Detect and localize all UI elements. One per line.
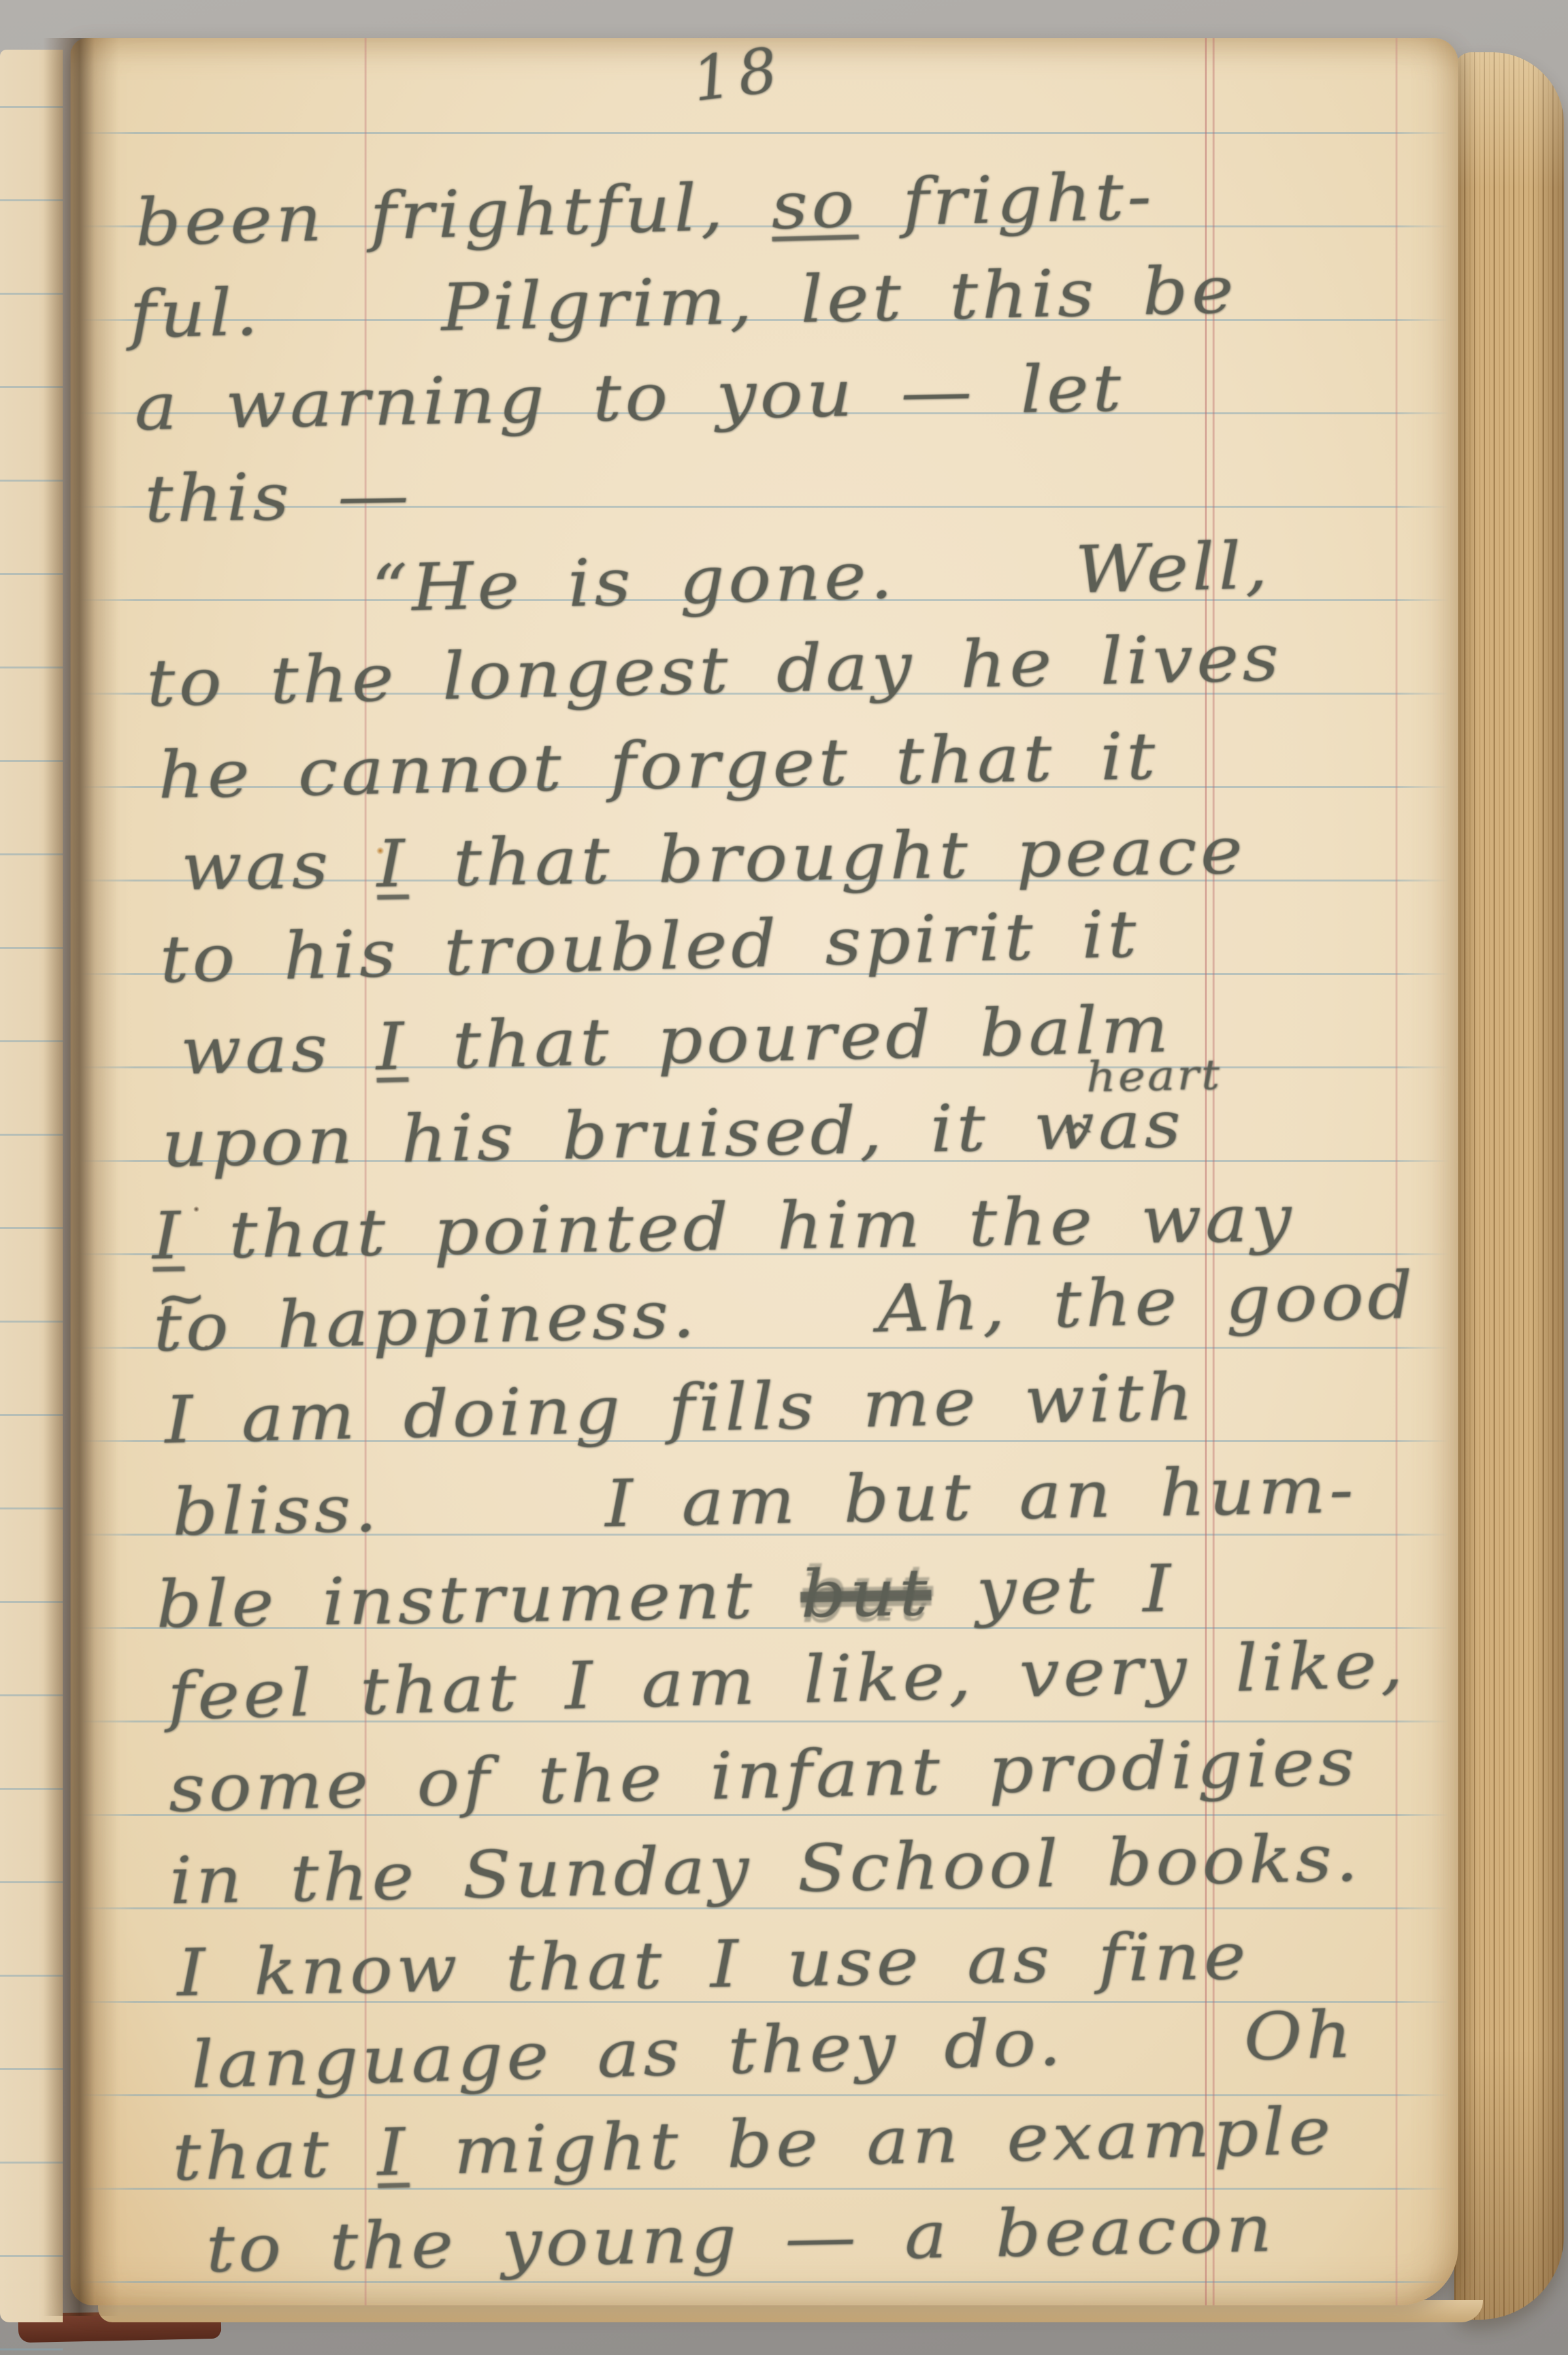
handwriting-segment: bliss. I am but an hum- [171,1453,1358,1551]
handwriting-segment: a warning to you — let [134,351,1126,445]
ruled-line [0,1134,63,1136]
ruled-line [0,573,63,575]
ruled-line [0,2348,63,2350]
handwriting-segment: I [376,827,408,902]
notebook-scan: 18 been frightful, so fright-ful. Pilgri… [0,0,1568,2355]
handwriting-segment: that [171,2116,378,2196]
handwriting-line: a warning to you — let [134,347,1126,450]
handwriting-segment: I [152,1198,184,1274]
handwriting-line: this — [144,453,413,542]
ruled-line [0,1227,63,1229]
handwriting-segment: I know that I use as fine [176,1919,1250,2011]
handwriting-segment: been frightful, [134,169,772,261]
handwriting-segment: that pointed him the way [184,1181,1296,1274]
ruled-line [0,1694,63,1696]
ruled-line [0,2162,63,2164]
ruled-line [0,1321,63,1323]
handwriting-segment: language as they do. Oh [190,1997,1356,2103]
ruled-line [0,1601,63,1603]
ruled-line [0,2068,63,2070]
handwriting-segment: ble instrument [155,1557,801,1643]
inserted-word: heart [1086,1048,1222,1105]
handwriting-segment: to the young — a beacon [205,2191,1276,2287]
handwriting-line: to his troubled spirit it [159,893,1141,1002]
ruled-line [0,106,63,108]
handwriting-segment: I [375,1010,408,1085]
handwriting-line: in the Sunday School books. [169,1817,1362,1924]
handwriting-segment: I [376,2115,410,2190]
ruled-line [0,853,63,855]
handwriting-segment: might be an example [408,2094,1335,2190]
handwriting-segment: that brought peace [408,814,1247,902]
handwriting-segment: “He is gone. Well, [370,528,1272,627]
handwriting-segment: was [180,1010,377,1090]
handwriting-segment: ful. Pilgrim, let this be [129,252,1238,353]
handwriting-line: that I might be an example [171,2090,1335,2200]
handwriting-line: was I that poured balm [180,988,1173,1095]
handwriting-line: I am doing fills me with [163,1356,1197,1464]
handwriting-segment: to the longest day he lives [146,620,1283,721]
notebook-page: 18 been frightful, so fright-ful. Pilgri… [71,38,1458,2305]
handwriting-line: he cannot forget that it [157,715,1159,818]
ruled-line [0,386,63,388]
handwriting-segment: fright- [857,159,1156,242]
handwriting-segment: he cannot forget that it [157,719,1160,814]
handwriting-line: to the longest day he lives [146,616,1284,726]
handwriting-block: been frightful, so fright-ful. Pilgrim, … [71,31,1482,2313]
ruled-line [0,1507,63,1509]
handwriting-line: upon his bruised, it washeart^ [161,1083,1185,1187]
ruled-line [0,667,63,668]
handwriting-line: “He is gone. Well, [370,524,1272,632]
handwriting-line: some of the infant prodigies [167,1721,1359,1832]
handwriting-segment: this — [144,457,413,536]
ruled-line [0,293,63,295]
handwriting-segment: to his troubled spirit it [159,897,1141,997]
handwriting-line: been frightful, so fright- [134,155,1156,266]
handwriting-segment: some of the infant prodigies [168,1724,1360,1827]
ruled-line [0,1788,63,1790]
ruled-line [0,1881,63,1883]
handwriting-segment: was [180,827,377,906]
ruled-line [0,760,63,762]
handwriting-segment: that poured balm [406,992,1173,1085]
handwriting-segment: I am doing fills me with [164,1360,1198,1458]
ruled-line [0,2255,63,2257]
ruled-line [0,199,63,201]
ruled-line [0,1414,63,1416]
ruled-line [0,1040,63,1042]
facing-page-edge [0,50,63,2322]
handwriting-segment: so [770,167,859,244]
handwriting-segment: upon his bruised, it was [161,1087,1184,1181]
handwriting-segment: yet I [930,1551,1175,1630]
handwriting-segment: but [800,1555,932,1632]
handwriting-line: bliss. I am but an hum- [171,1449,1358,1556]
ruled-line [0,480,63,482]
ruled-line [0,947,63,949]
handwriting-line: ful. Pilgrim, let this be [129,248,1238,357]
ruled-line [0,1975,63,1977]
handwriting-segment: in the Sunday School books. [169,1820,1362,1919]
caret-mark: ^ [1061,1113,1100,1162]
handwriting-line: to the young — a beacon [205,2187,1276,2292]
